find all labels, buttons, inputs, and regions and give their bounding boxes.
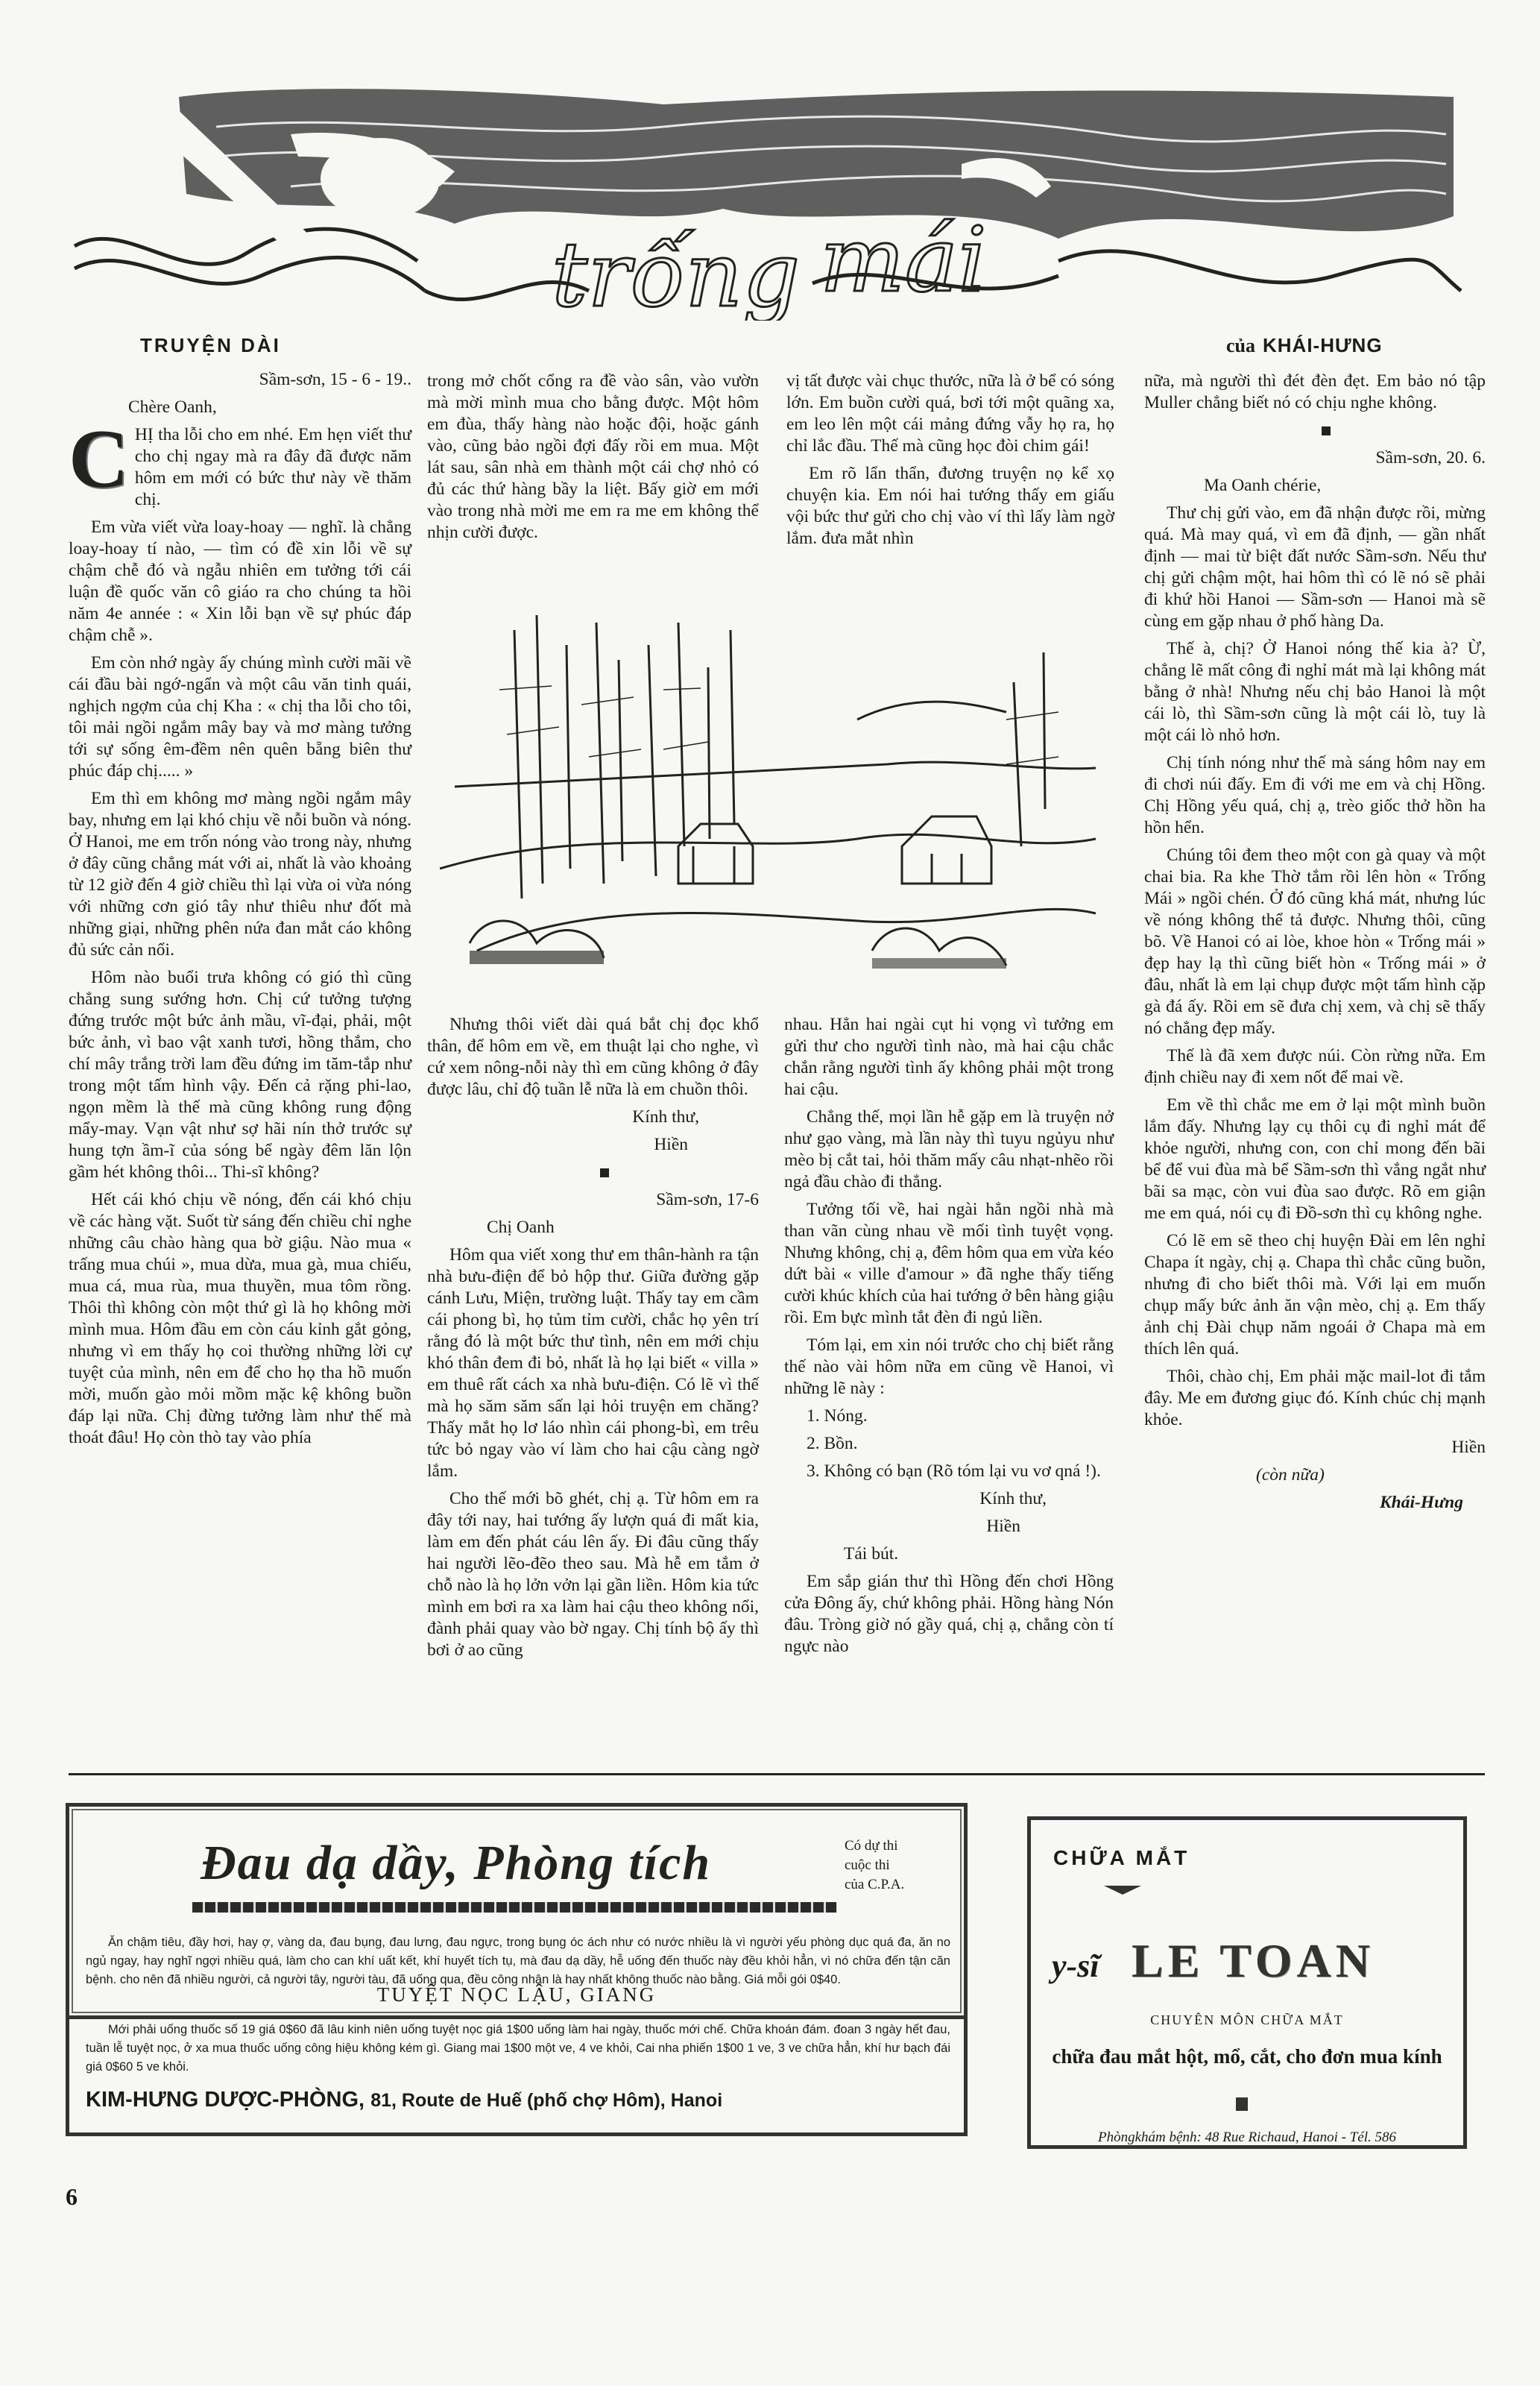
letter-salutation: Chị Oanh [427,1217,759,1238]
author-byline: Khái-Hưng [1144,1492,1486,1514]
paragraph: Thôi, chào chị, Em phải mặc mail-lot đi … [1144,1366,1486,1431]
ad-body-2: Mới phải uống thuốc số 19 giá 0$60 đã lâ… [86,2021,950,2077]
paragraph: Thế à, chị? Ở Hanoi nóng thế kia à? Ừ, c… [1144,638,1486,746]
paragraph: nữa, mà người thì đét đèn đẹt. Em bảo nó… [1144,371,1486,414]
page-number: 6 [66,2183,78,2211]
section-separator [427,1162,759,1183]
paragraph: Em thì em không mơ màng ngồi ngắm mây ba… [69,788,411,961]
list-item: 1. Nóng. [784,1406,1114,1427]
square-ornament-icon [600,1168,609,1177]
svg-text:mái: mái [820,209,987,312]
list-item: 2. Bồn. [784,1433,1114,1455]
column-3-bottom: nhau. Hẳn hai ngài cụt hi vọng vì tưởng … [784,1014,1114,1663]
header-banner: trống mái [67,67,1468,321]
section-separator [1144,420,1486,441]
paragraph: Cho thế mới bõ ghét, chị ạ. Từ hôm em ra… [427,1488,759,1661]
column-1: Sầm-sơn, 15 - 6 - 19.. Chère Oanh, CHỊ t… [69,369,411,1455]
doctor-services: chữa đau mắt hột, mổ, cắt, cho đơn mua k… [1046,2044,1448,2069]
ad-subtitle: TUYỆT NỌC LẬU, GIANG [69,1983,964,2006]
letter-closing: Kính thư, [427,1107,759,1128]
column-3-top: vị tất được vài chục thước, nữa là ở bể … [786,371,1114,555]
ad-body: Ăn chậm tiêu, đầy hơi, hay ợ, vàng da, đ… [86,1933,950,1989]
paragraph: nhau. Hẳn hai ngài cụt hi vọng vì tưởng … [784,1014,1114,1101]
author-prefix: của [1226,335,1255,356]
landscape-trees-houses-sketch-icon [440,600,1111,1007]
postscript-label: Tái bút. [784,1543,1114,1565]
banner-title: trống [552,224,800,321]
paragraph: Em còn nhớ ngày ấy chúng mình cười mãi v… [69,652,411,782]
paragraph: Nhưng thôi viết dài quá bắt chị đọc khổ … [427,1014,759,1101]
ad-side-note: Có dự thi cuộc thi của C.P.A. [845,1836,904,1895]
arrow-down-icon [1104,1886,1141,1895]
list-item: 3. Không có bạn (Rõ tóm lại vu vơ qná !)… [784,1461,1114,1482]
paragraph: CHỊ tha lỗi cho em nhé. Em hẹn viết thư … [69,424,411,511]
column-2-bottom: Nhưng thôi viết dài quá bắt chị đọc khổ … [427,1014,759,1667]
paragraph: Có lẽ em sẽ theo chị huyện Đài em lên ng… [1144,1230,1486,1360]
pharmacy-address: 81, Route de Huế (phố chợ Hôm), Hanoi [370,2090,722,2111]
drop-cap: C [69,426,129,493]
paragraph: Chúng tôi đem theo một con gà quay và mộ… [1144,845,1486,1039]
landscape-illustration [440,600,1111,1007]
paragraph: Em rõ lẩn thẩn, đương truyện nọ kể xọ ch… [786,463,1114,550]
doctor-prefix: y-sĩ [1052,1947,1099,1985]
letter-place-date: Sầm-sơn, 15 - 6 - 19.. [69,369,411,391]
paragraph: Hôm qua viết xong thư em thân-hành ra tậ… [427,1244,759,1482]
letter-salutation: Ma Oanh chérie, [1144,475,1486,497]
letter-place-date: Sầm-sơn, 17-6 [427,1189,759,1211]
paragraph: Thế là đã xem được núi. Còn rừng nữa. Em… [1144,1045,1486,1089]
doctor-specialty: CHUYÊN MÔN CHỮA MẮT [1031,2012,1463,2028]
section-label: TRUYỆN DÀI [140,334,281,357]
doctor-name: LE TOAN [1132,1933,1375,1989]
author-name: KHÁI-HƯNG [1263,334,1383,356]
ad-eye-doctor: CHỮA MẮT y-sĩ LE TOAN CHUYÊN MÔN CHỮA MẮ… [1027,1816,1467,2149]
ad-heading: CHỮA MẮT [1053,1846,1190,1870]
letter-closing: Kính thư, [784,1488,1114,1510]
paragraph: Hôm nào buổi trưa không có gió thì cũng … [69,967,411,1183]
paragraph: Em vừa viết vừa loay-hoay — nghĩ. là chẳ… [69,517,411,646]
paragraph: Chẳng thế, mọi lần hễ gặp em là truyện n… [784,1107,1114,1193]
ornament-icon [1236,2097,1248,2111]
letter-place-date: Sầm-sơn, 20. 6. [1144,447,1486,469]
pharmacy-name: KIM-HƯNG DƯỢC-PHÒNG, [86,2088,365,2112]
letter-signature: Hiền [427,1134,759,1156]
paragraph: Chị tính nóng như thế mà sáng hôm nay em… [1144,752,1486,839]
paragraph: Em về thì chắc me em ở lại một mình buồn… [1144,1095,1486,1224]
clinic-address: Phòngkhám bệnh: 48 Rue Richaud, Hanoi - … [1031,2130,1463,2146]
ad-title: Đau dạ dầy, Phòng tích [201,1835,711,1892]
column-2-top: trong mở chốt cổng ra đề vào sân, vào vư… [427,371,759,550]
newspaper-page: trống mái TRUYỆN DÀI củaKHÁI-HƯNG Sầm-sơ… [0,0,1540,2386]
letter-signature: Hiền [1144,1437,1486,1458]
continued-note: (còn nữa) [1144,1464,1486,1486]
paragraph: Em sắp gián thư thì Hồng đến chơi Hồng c… [784,1571,1114,1658]
letter-signature: Hiền [784,1516,1114,1537]
ad-stomach-medicine-lower: TUYỆT NỌC LẬU, GIANG Mới phải uống thuốc… [66,2013,968,2136]
square-ornament-icon [1322,426,1331,435]
author-credit: củaKHÁI-HƯNG [1226,334,1383,357]
paragraph: Hết cái khó chịu về nóng, đến cái khó ch… [69,1189,411,1449]
ad-footer: KIM-HƯNG DƯỢC-PHÒNG, 81, Route de Huế (p… [86,2088,722,2112]
paragraph: trong mở chốt cổng ra đề vào sân, vào vư… [427,371,759,544]
paragraph: vị tất được vài chục thước, nữa là ở bể … [786,371,1114,457]
paragraph: Tóm lại, em xin nói trước cho chị biết r… [784,1335,1114,1400]
horizontal-rule [69,1773,1485,1775]
decorative-bar [192,1902,837,1913]
paragraph: Thư chị gửi vào, em đã nhận được rồi, mừ… [1144,503,1486,632]
column-4: nữa, mà người thì đét đèn đẹt. Em bảo nó… [1144,371,1486,1520]
swimmer-waves-illustration-icon: trống mái [67,67,1468,321]
paragraph: Tưởng tối về, hai ngài hẳn ngồi nhà mà t… [784,1199,1114,1329]
